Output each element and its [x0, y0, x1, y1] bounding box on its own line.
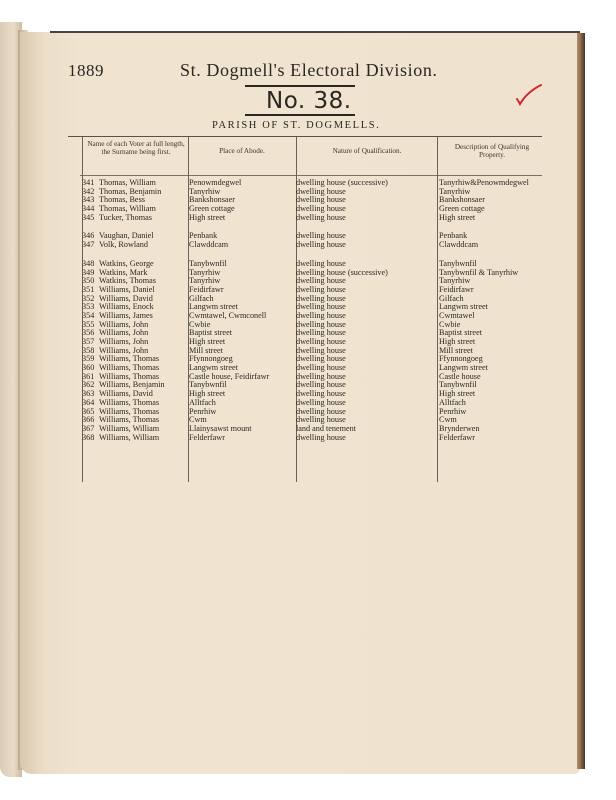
qualifying-property: Feidirfawr	[439, 286, 569, 295]
division-number: No. 38.	[266, 88, 352, 114]
qualifying-property: Penrhiw	[439, 408, 569, 417]
voter-number: 368	[82, 434, 98, 443]
voter-number: 342	[82, 188, 98, 197]
nature-of-qualification: dwelling house	[296, 232, 436, 241]
nature-of-qualification: dwelling house	[296, 338, 436, 347]
table-row: 357 Williams, John High street dwelling …	[82, 338, 552, 347]
table-row: 346 Vaughan, Daniel Penbank dwelling hou…	[82, 232, 552, 241]
qualifying-property: Baptist street	[439, 329, 569, 338]
table-row: 368 Williams, William Felderfawr dwellin…	[82, 434, 552, 443]
table-row: 351 Williams, Daniel Feidirfawr dwelling…	[82, 286, 552, 295]
nature-of-qualification: dwelling house	[296, 364, 436, 373]
table-row: 347 Volk, Rowland Clawddcam dwelling hou…	[82, 241, 552, 250]
table-top-rule	[68, 136, 542, 137]
nature-of-qualification: land and tenement	[296, 425, 436, 434]
qualifying-property: Castle house	[439, 373, 569, 382]
nature-of-qualification: dwelling house	[296, 390, 436, 399]
place-of-abode: Cwbie	[189, 321, 294, 330]
nature-of-qualification: dwelling house	[296, 214, 436, 223]
header-abode: Place of Abode.	[190, 147, 294, 155]
nature-of-qualification: dwelling house	[296, 188, 436, 197]
qualifying-property: Cwbie	[439, 321, 569, 330]
place-of-abode: High street	[189, 214, 294, 223]
table-row: 344 Thomas, William Green cottage dwelli…	[82, 205, 552, 214]
table-row: 367 Williams, William Llainysawst mount …	[82, 425, 552, 434]
table-row: 362 Williams, Benjamin Tanybwnfil dwelli…	[82, 381, 552, 390]
qualifying-property: Felderfawr	[439, 434, 569, 443]
qualifying-property: Cwm	[439, 416, 569, 425]
voter-number: 341	[82, 179, 98, 188]
qualifying-property: Tanyrhiw	[439, 277, 569, 286]
table-row: 365 Williams, Thomas Penrhiw dwelling ho…	[82, 408, 552, 417]
nature-of-qualification: dwelling house	[296, 303, 436, 312]
place-of-abode: Tanybwnfil	[189, 381, 294, 390]
qualifying-property: Ffynnongoeg	[439, 355, 569, 364]
qualifying-property: Tanybwnfil	[439, 260, 569, 269]
table-row: 360 Williams, Thomas Langwm street dwell…	[82, 364, 552, 373]
qualifying-property: Tanyrhiw&Penowmdegwel	[439, 179, 569, 188]
place-of-abode: High street	[189, 338, 294, 347]
nature-of-qualification: dwelling house	[296, 329, 436, 338]
place-of-abode: Ffynnongoeg	[189, 355, 294, 364]
nature-of-qualification: dwelling house	[296, 373, 436, 382]
voter-number: 359	[82, 355, 98, 364]
voter-list: 341 Thomas, William Penowmdegwel dwellin…	[82, 179, 552, 442]
voter-number: 348	[82, 260, 98, 269]
parish-heading: PARISH OF ST. DOGMELLS.	[212, 120, 380, 131]
page-edge-top	[50, 31, 580, 33]
place-of-abode: Tanybwnfil	[189, 260, 294, 269]
voter-number: 352	[82, 295, 98, 304]
nature-of-qualification: dwelling house	[296, 286, 436, 295]
qualifying-property: Penbank	[439, 232, 569, 241]
nature-of-qualification: dwelling house	[296, 241, 436, 250]
table-header-rule	[80, 175, 542, 176]
voter-number: 347	[82, 241, 98, 250]
nature-of-qualification: dwelling house	[296, 295, 436, 304]
qualifying-property: Langwm street	[439, 364, 569, 373]
place-of-abode: Bankshonsaer	[189, 196, 294, 205]
voter-number: 350	[82, 277, 98, 286]
voter-number: 346	[82, 232, 98, 241]
nature-of-qualification: dwelling house	[296, 347, 436, 356]
table-row: 361 Williams, Thomas Castle house, Feidi…	[82, 373, 552, 382]
voter-number: 365	[82, 408, 98, 417]
nature-of-qualification: dwelling house	[296, 312, 436, 321]
voter-number: 362	[82, 381, 98, 390]
voter-number: 357	[82, 338, 98, 347]
voter-number: 353	[82, 303, 98, 312]
table-row: 348 Watkins, George Tanybwnfil dwelling …	[82, 260, 552, 269]
header-property: Description of Qualifying Property.	[446, 143, 538, 159]
nature-of-qualification: dwelling house	[296, 416, 436, 425]
table-row: 349 Watkins, Mark Tanyrhiw dwelling hous…	[82, 269, 552, 278]
nature-of-qualification: dwelling house (successive)	[296, 269, 436, 278]
table-row: 343 Thomas, Bess Bankshonsaer dwelling h…	[82, 196, 552, 205]
voter-number: 355	[82, 321, 98, 330]
place-of-abode: Penowmdegwel	[189, 179, 294, 188]
qualifying-property: Bankshonsaer	[439, 196, 569, 205]
nature-of-qualification: dwelling house	[296, 321, 436, 330]
qualifying-property: Gilfach	[439, 295, 569, 304]
place-of-abode: Langwm street	[189, 364, 294, 373]
table-row: 350 Watkins, Thomas Tanyrhiw dwelling ho…	[82, 277, 552, 286]
qualifying-property: Alltfach	[439, 399, 569, 408]
nature-of-qualification: dwelling house	[296, 355, 436, 364]
nature-of-qualification: dwelling house (successive)	[296, 179, 436, 188]
table-row: 354 Williams, James Cwmtawel, Cwmconell …	[82, 312, 552, 321]
voter-number: 367	[82, 425, 98, 434]
place-of-abode: Alltfach	[189, 399, 294, 408]
place-of-abode: Llainysawst mount	[189, 425, 294, 434]
voter-number: 363	[82, 390, 98, 399]
voter-number: 366	[82, 416, 98, 425]
qualifying-property: High street	[439, 214, 569, 223]
red-checkmark-icon	[515, 82, 543, 106]
place-of-abode: Felderfawr	[189, 434, 294, 443]
qualifying-property: Cwmtawel	[439, 312, 569, 321]
voter-number: 351	[82, 286, 98, 295]
place-of-abode: Penrhiw	[189, 408, 294, 417]
qualifying-property: Tanyrhiw	[439, 188, 569, 197]
voter-number: 364	[82, 399, 98, 408]
qualifying-property: Tanybwnfil	[439, 381, 569, 390]
voter-number: 344	[82, 205, 98, 214]
voter-number: 358	[82, 347, 98, 356]
place-of-abode: High street	[189, 390, 294, 399]
table-row: 355 Williams, John Cwbie dwelling house …	[82, 321, 552, 330]
nature-of-qualification: dwelling house	[296, 408, 436, 417]
nature-of-qualification: dwelling house	[296, 277, 436, 286]
nature-of-qualification: dwelling house	[296, 399, 436, 408]
page-year: 1889	[68, 61, 104, 81]
nature-of-qualification: dwelling house	[296, 260, 436, 269]
voter-number: 349	[82, 269, 98, 278]
table-row: 345 Tucker, Thomas High street dwelling …	[82, 214, 552, 223]
voter-number: 345	[82, 214, 98, 223]
table-row: 363 Williams, David High street dwelling…	[82, 390, 552, 399]
place-of-abode: Mill street	[189, 347, 294, 356]
voter-number: 360	[82, 364, 98, 373]
table-row: 356 Williams, John Baptist street dwelli…	[82, 329, 552, 338]
nature-of-qualification: dwelling house	[296, 205, 436, 214]
table-row: 341 Thomas, William Penowmdegwel dwellin…	[82, 179, 552, 188]
table-row: 366 Williams, Thomas Cwm dwelling house …	[82, 416, 552, 425]
qualifying-property: High street	[439, 390, 569, 399]
nature-of-qualification: dwelling house	[296, 381, 436, 390]
place-of-abode: Tanyrhiw	[189, 277, 294, 286]
qualifying-property: Mill street	[439, 347, 569, 356]
qualifying-property: Tanybwnfil & Tanyrhiw	[439, 269, 569, 278]
qualifying-property: Langwm street	[439, 303, 569, 312]
table-row: 364 Williams, Thomas Alltfach dwelling h…	[82, 399, 552, 408]
place-of-abode: Clawddcam	[189, 241, 294, 250]
qualifying-property: Clawddcam	[439, 241, 569, 250]
place-of-abode: Gilfach	[189, 295, 294, 304]
place-of-abode: Castle house, Feidirfawr	[189, 373, 294, 382]
nature-of-qualification: dwelling house	[296, 434, 436, 443]
place-of-abode: Langwm street	[189, 303, 294, 312]
voter-number: 343	[82, 196, 98, 205]
table-row: 352 Williams, David Gilfach dwelling hou…	[82, 295, 552, 304]
place-of-abode: Feidirfawr	[189, 286, 294, 295]
title-rule-top	[245, 85, 355, 87]
place-of-abode: Tanyrhiw	[189, 188, 294, 197]
voter-number: 356	[82, 329, 98, 338]
place-of-abode: Tanyrhiw	[189, 269, 294, 278]
nature-of-qualification: dwelling house	[296, 196, 436, 205]
table-row: 353 Williams, Enock Langwm street dwelli…	[82, 303, 552, 312]
place-of-abode: Penbank	[189, 232, 294, 241]
title-rule-bottom	[245, 114, 355, 116]
qualifying-property: Brynderwen	[439, 425, 569, 434]
header-voter-name: Name of each Voter at full length, the S…	[84, 140, 188, 156]
page-title: St. Dogmell's Electoral Division.	[180, 60, 438, 81]
voter-number: 354	[82, 312, 98, 321]
place-of-abode: Cwm	[189, 416, 294, 425]
place-of-abode: Baptist street	[189, 329, 294, 338]
table-row: 342 Thomas, Benjamin Tanyrhiw dwelling h…	[82, 188, 552, 197]
table-row: 358 Williams, John Mill street dwelling …	[82, 347, 552, 356]
qualifying-property: High street	[439, 338, 569, 347]
header-qualification: Nature of Qualification.	[298, 147, 436, 155]
place-of-abode: Cwmtawel, Cwmconell	[189, 312, 294, 321]
place-of-abode: Green cottage	[189, 205, 294, 214]
page-edge-right	[577, 33, 585, 769]
voter-number: 361	[82, 373, 98, 382]
table-row: 359 Williams, Thomas Ffynnongoeg dwellin…	[82, 355, 552, 364]
qualifying-property: Green cottage	[439, 205, 569, 214]
